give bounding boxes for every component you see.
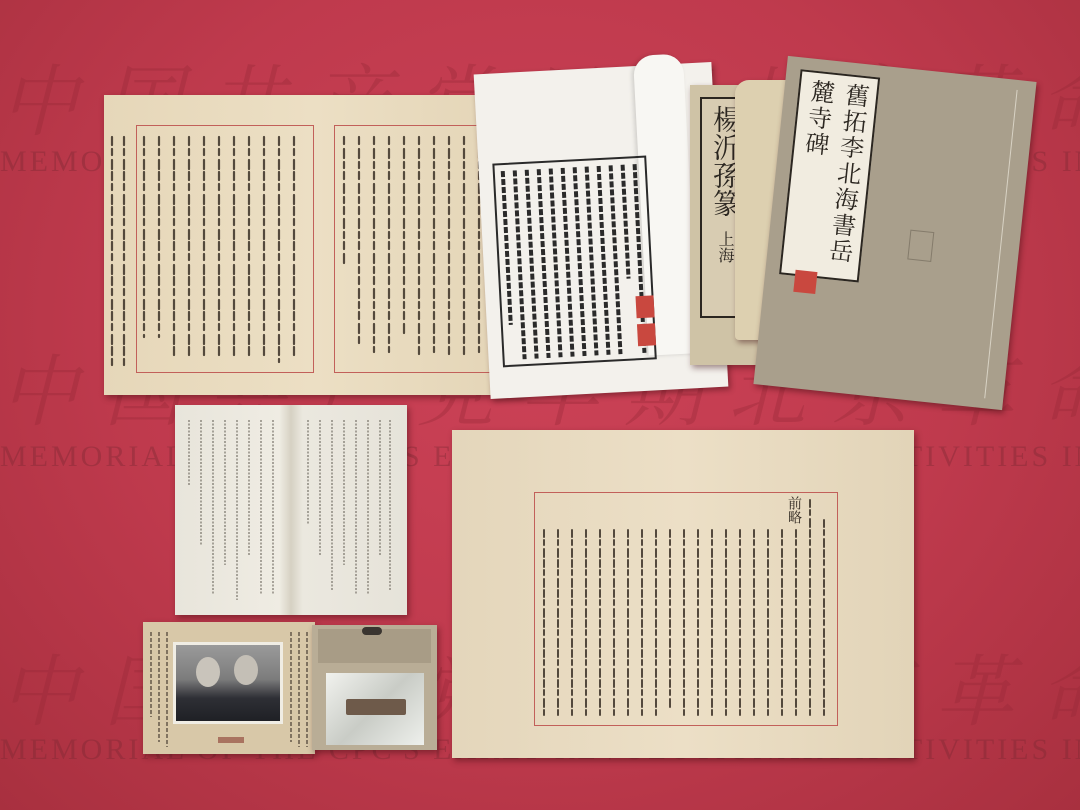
mount-inscriptions <box>143 622 315 754</box>
letter-top-left <box>104 95 524 395</box>
notebook-open <box>175 405 407 615</box>
red-seal-gray-book <box>793 270 817 294</box>
letter-bottom-right: 前略 <box>452 430 914 758</box>
book-gray-title: 舊拓李北海書岳麓寺碑 <box>779 69 880 282</box>
box-object <box>346 699 406 715</box>
book-gray-title-text: 舊拓李北海書岳麓寺碑 <box>800 78 871 266</box>
book-yang-subtitle: 上海 <box>716 231 735 263</box>
satin-lining <box>326 673 424 745</box>
photo-mount-card <box>143 622 315 754</box>
print-border <box>492 156 656 368</box>
handwriting-strokes <box>104 95 524 395</box>
box-clasp <box>362 627 382 635</box>
stamp-mark <box>907 230 934 262</box>
display-box <box>312 625 437 750</box>
book-li-beihai-rubbing: 舊拓李北海書岳麓寺碑 <box>753 56 1036 410</box>
handwriting-strokes-br <box>452 430 914 758</box>
red-seal-1 <box>635 295 654 318</box>
red-seal-2 <box>637 323 656 346</box>
printed-text-columns <box>494 158 654 366</box>
notebook-text-lines <box>175 405 407 615</box>
